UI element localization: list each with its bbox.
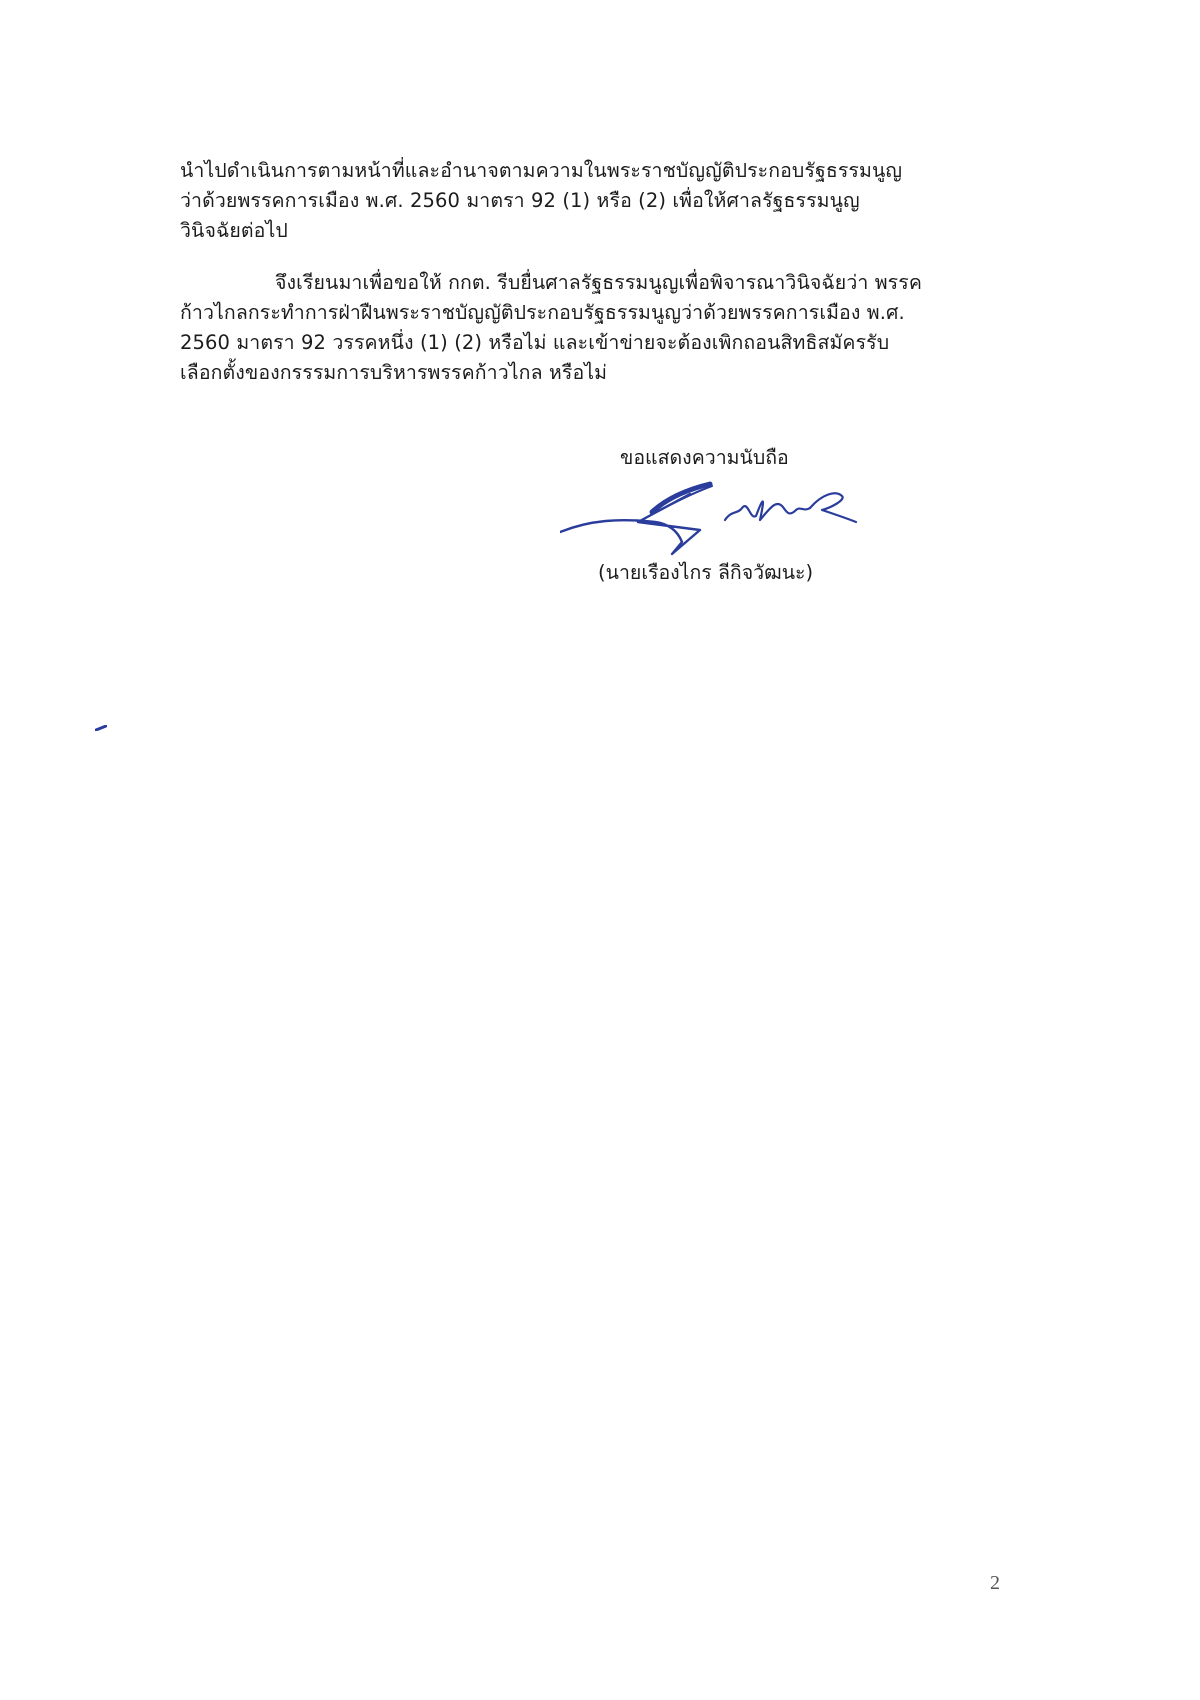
text-line: ก้าวไกลกระทำการฝ่าฝืนพระราชบัญญัติประกอบ… [180, 298, 960, 328]
text-line: 2560 มาตรา 92 วรรคหนึ่ง (1) (2) หรือไม่ … [180, 328, 960, 358]
document-page: นำไปดำเนินการตามหน้าที่และอำนาจตามความใน… [0, 0, 1200, 1700]
text-line: ว่าด้วยพรรคการเมือง พ.ศ. 2560 มาตรา 92 (… [180, 186, 960, 216]
text-line: เลือกตั้งของกรรรมการบริหารพรรคก้าวไกล หร… [180, 358, 960, 388]
signature-icon [560, 480, 890, 560]
text-line: นำไปดำเนินการตามหน้าที่และอำนาจตามความใน… [180, 156, 960, 186]
ink-mark-icon [95, 725, 107, 731]
paragraph-request-action: นำไปดำเนินการตามหน้าที่และอำนาจตามความใน… [180, 156, 960, 246]
signer-name: (นายเรืองไกร ลีกิจวัฒนะ) [598, 558, 813, 588]
paragraph-conclusion: จึงเรียนมาเพื่อขอให้ กกต. รีบยื่นศาลรัฐธ… [180, 268, 960, 388]
text-line: วินิจฉัยต่อไป [180, 216, 960, 246]
closing-salutation: ขอแสดงความนับถือ [620, 443, 789, 473]
page-number: 2 [990, 1572, 1000, 1595]
text-line: จึงเรียนมาเพื่อขอให้ กกต. รีบยื่นศาลรัฐธ… [180, 268, 960, 298]
